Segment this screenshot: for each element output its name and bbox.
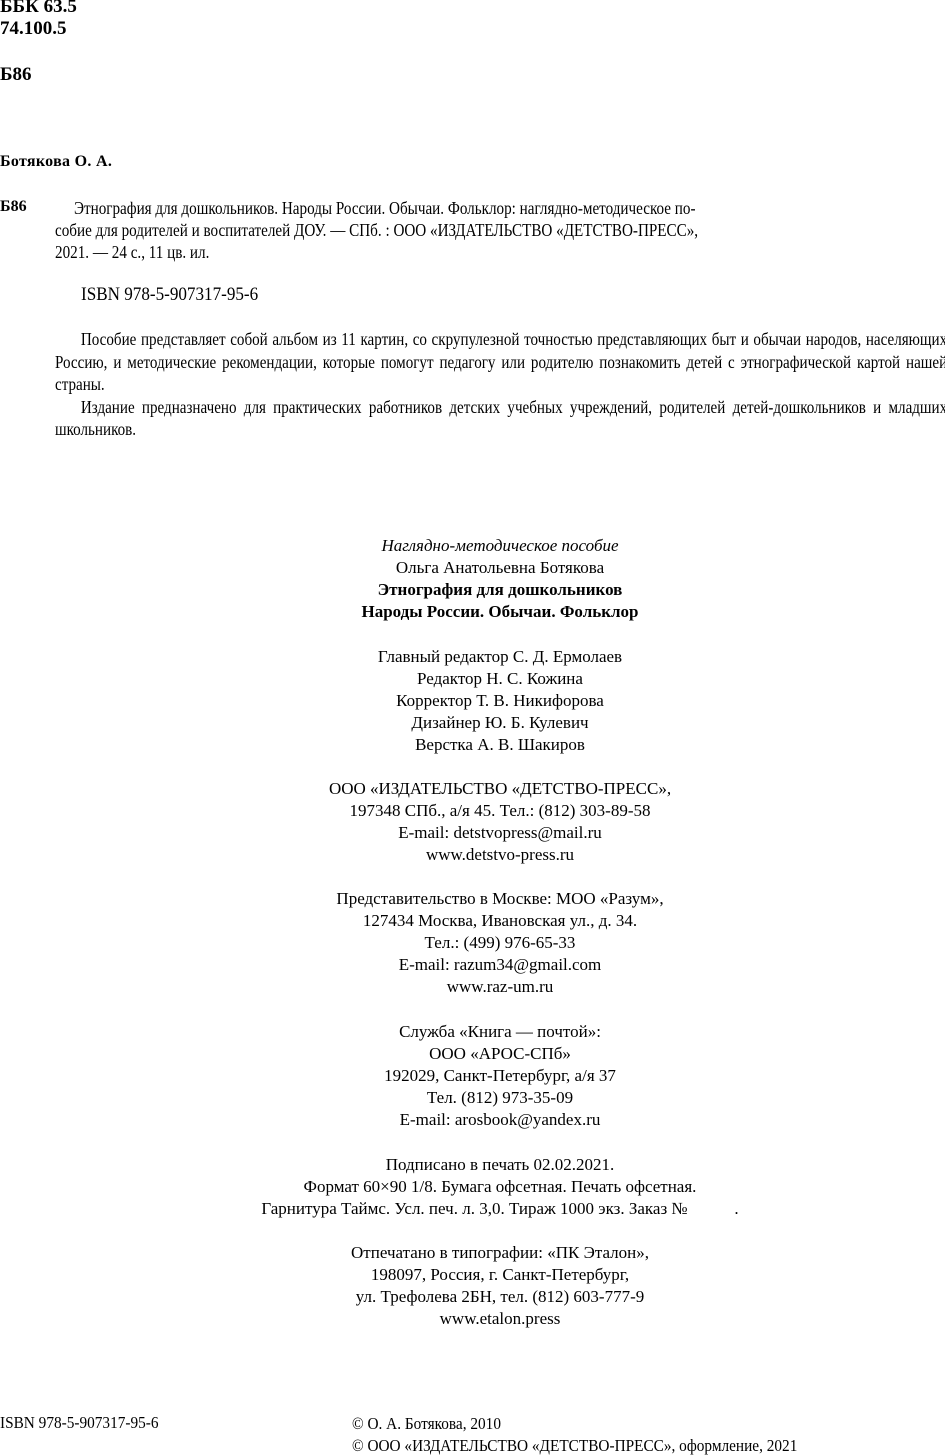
bbk-line-1: ББК 63.5 xyxy=(0,0,77,18)
publisher-email: E-mail: detstvopress@mail.ru xyxy=(0,822,945,844)
moscow-line: 127434 Москва, Ивановская ул., д. 34. xyxy=(0,910,945,932)
publisher-info: ООО «ИЗДАТЕЛЬСТВО «ДЕТСТВО-ПРЕСС», 19734… xyxy=(0,778,945,866)
bibliographic-entry-cont: собие для родителей и воспитателей ДОУ. … xyxy=(55,219,698,263)
copyright-author: © О. А. Ботякова, 2010 xyxy=(352,1413,797,1435)
publisher-line: 197348 СПб., а/я 45. Тел.: (812) 303-89-… xyxy=(0,800,945,822)
printer-info: Отпечатано в типографии: «ПК Эталон», 19… xyxy=(0,1242,945,1330)
publisher-line: ООО «ИЗДАТЕЛЬСТВО «ДЕТСТВО-ПРЕСС», xyxy=(0,778,945,800)
bbk-index: ББК 63.5 74.100.5 xyxy=(0,0,77,40)
print-detail-line: Гарнитура Таймс. Усл. печ. л. 3,0. Тираж… xyxy=(0,1198,945,1220)
mail-service-info: Служба «Книга — почтой»: ООО «АРОС-СПб» … xyxy=(0,1021,945,1131)
entry-line-2: собие для родителей и воспитателей ДОУ. … xyxy=(55,219,698,241)
printer-website: www.etalon.press xyxy=(0,1308,945,1330)
print-details: Подписано в печать 02.02.2021. Формат 60… xyxy=(0,1154,945,1220)
author-full-name: Ольга Анатольевна Ботякова xyxy=(0,557,945,579)
entry-line-1: Этнография для дошкольников. Народы Росс… xyxy=(74,197,696,219)
mail-service-line: Служба «Книга — почтой»: xyxy=(0,1021,945,1043)
book-subtitle: Народы России. Обычаи. Фольклор xyxy=(0,601,945,623)
staff-item: Верстка А. В. Шакиров xyxy=(0,734,945,756)
staff-list: Главный редактор С. Д. Ермолаев Редактор… xyxy=(0,646,945,756)
genre: Наглядно-методическое пособие xyxy=(0,535,945,557)
imprint-title-block: Наглядно-методическое пособие Ольга Анат… xyxy=(0,535,945,623)
printer-line: 198097, Россия, г. Санкт-Петербург, xyxy=(0,1264,945,1286)
copyright-block: © О. А. Ботякова, 2010 © ООО «ИЗДАТЕЛЬСТ… xyxy=(352,1413,797,1455)
moscow-office-info: Представительство в Москве: МОО «Разум»,… xyxy=(0,888,945,998)
author-sign: Б86 xyxy=(0,64,32,86)
annotation-paragraph-1: Пособие представляет собой альбом из 11 … xyxy=(55,328,945,396)
print-detail-line: Формат 60×90 1/8. Бумага офсетная. Печат… xyxy=(0,1176,945,1198)
staff-item: Редактор Н. С. Кожина xyxy=(0,668,945,690)
moscow-website: www.raz-um.ru xyxy=(0,976,945,998)
mail-service-line: 192029, Санкт-Петербург, а/я 37 xyxy=(0,1065,945,1087)
bibliographic-entry: Этнография для дошкольников. Народы Росс… xyxy=(74,197,696,219)
moscow-line: Представительство в Москве: МОО «Разум», xyxy=(0,888,945,910)
annotation: Пособие представляет собой альбом из 11 … xyxy=(55,328,945,441)
copyright-publisher: © ООО «ИЗДАТЕЛЬСТВО «ДЕТСТВО-ПРЕСС», офо… xyxy=(352,1435,797,1455)
print-detail-line: Подписано в печать 02.02.2021. xyxy=(0,1154,945,1176)
entry-line-3: 2021. — 24 с., 11 цв. ил. xyxy=(55,241,698,263)
entry-isbn: ISBN 978-5-907317-95-6 xyxy=(81,284,258,306)
staff-item: Дизайнер Ю. Б. Кулевич xyxy=(0,712,945,734)
entry-author-sign: Б86 xyxy=(0,198,27,216)
printer-line: Отпечатано в типографии: «ПК Эталон», xyxy=(0,1242,945,1264)
footer-isbn: ISBN 978-5-907317-95-6 xyxy=(0,1413,159,1433)
mail-service-line: ООО «АРОС-СПб» xyxy=(0,1043,945,1065)
staff-item: Корректор Т. В. Никифорова xyxy=(0,690,945,712)
book-title: Этнография для дошкольников xyxy=(0,579,945,601)
bbk-line-2: 74.100.5 xyxy=(0,18,77,40)
publisher-website: www.detstvo-press.ru xyxy=(0,844,945,866)
moscow-phone: Тел.: (499) 976-65-33 xyxy=(0,932,945,954)
staff-item: Главный редактор С. Д. Ермолаев xyxy=(0,646,945,668)
mail-service-phone: Тел. (812) 973-35-09 xyxy=(0,1087,945,1109)
printer-line: ул. Трефолева 2БН, тел. (812) 603-777-9 xyxy=(0,1286,945,1308)
author-heading: Ботякова О. А. xyxy=(0,153,112,171)
mail-service-email: E-mail: arosbook@yandex.ru xyxy=(0,1109,945,1131)
annotation-paragraph-2: Издание предназначено для практических р… xyxy=(55,396,945,441)
moscow-email: E-mail: razum34@gmail.com xyxy=(0,954,945,976)
